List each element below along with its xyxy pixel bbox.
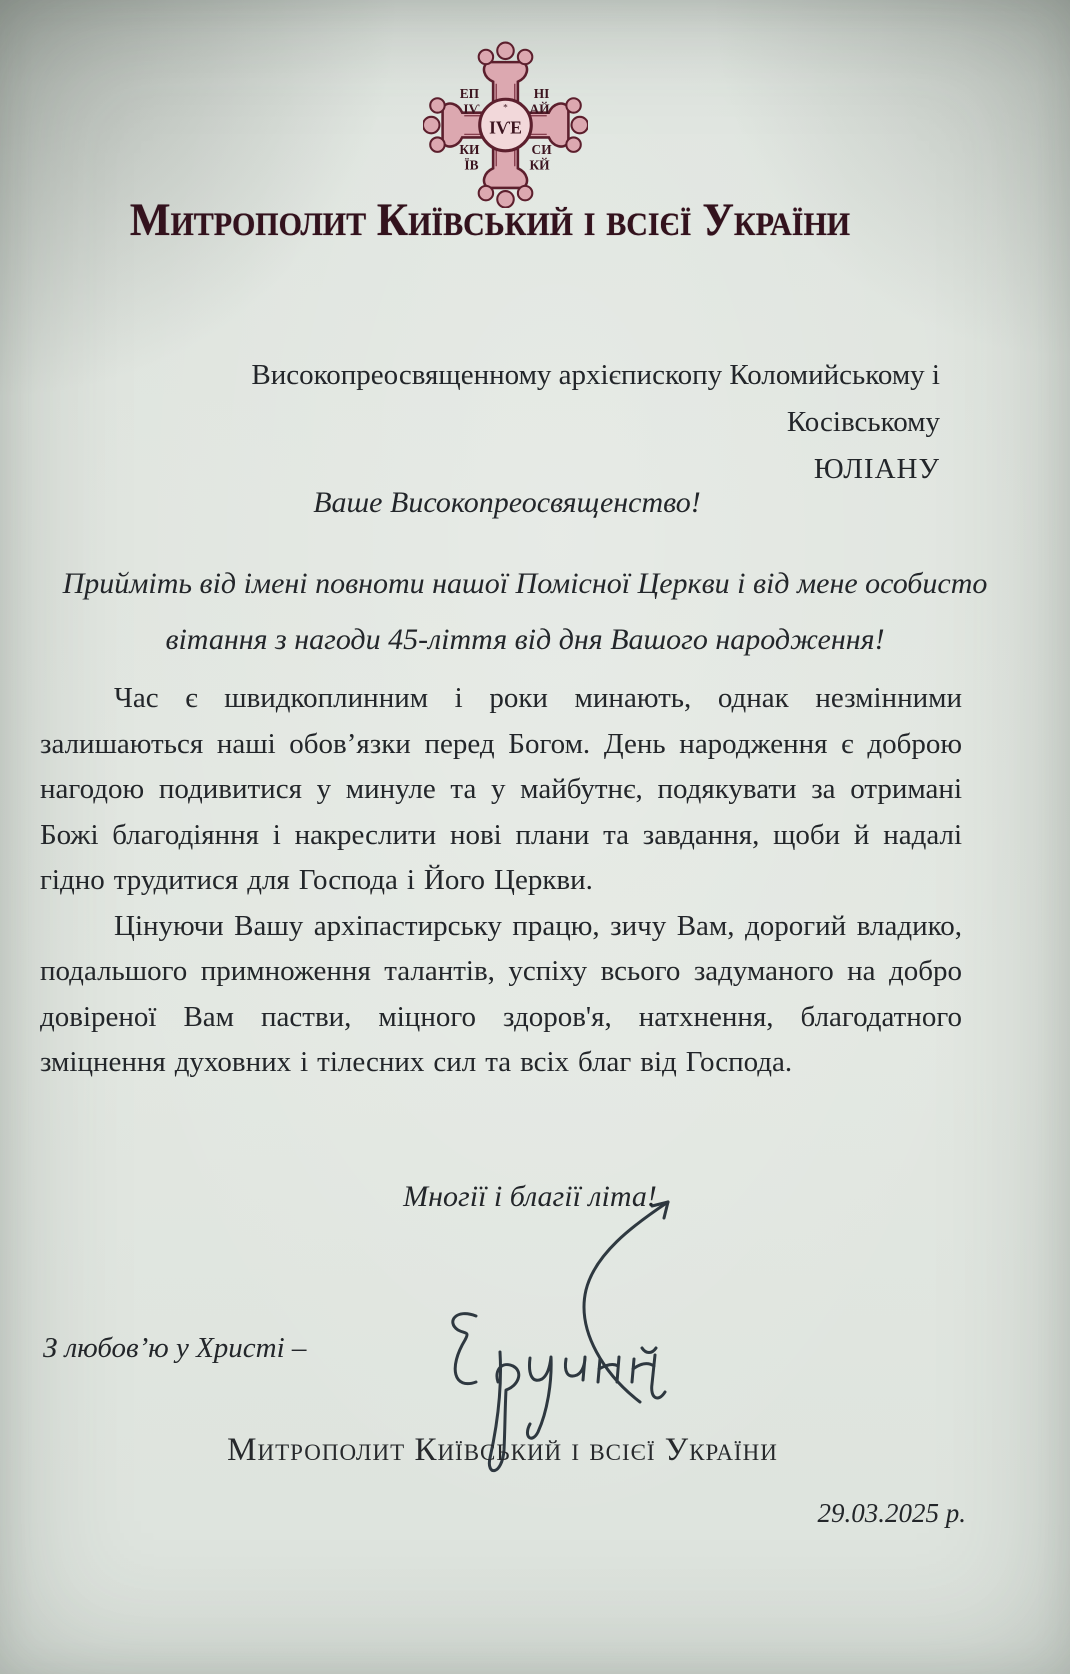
emblem-letters-tl1: ЕП	[460, 86, 480, 101]
emblem-center-star: *	[503, 104, 508, 114]
letterhead-title: Митрополит Київський і всієї України	[0, 194, 980, 247]
body-paragraph-1: Час є швидкоплинним і роки минають, одна…	[40, 676, 962, 904]
emblem-letters-tl2: ІѴ	[463, 102, 479, 117]
metropolitan-cross-emblem: ІѴЕ * ЕП ІѴ НІ АЙ КИ ЇВ СИ КЙ	[423, 40, 588, 208]
body-paragraph-2: Цінуючи Вашу архіпастирську працю, зичу …	[40, 904, 962, 1086]
salutation: Ваше Високопреосвященство!	[0, 486, 1014, 520]
emblem-letters-bl1: КИ	[459, 142, 480, 157]
emblem-letters-br1: СИ	[532, 142, 553, 157]
emblem-center-monogram: ІѴЕ	[489, 117, 522, 137]
greeting-block: Прийміть від імені повноти нашої Помісно…	[0, 556, 1050, 668]
emblem-letters-tr1: НІ	[534, 86, 550, 101]
emblem-letters-tr2: АЙ	[529, 102, 550, 117]
addressee-block: Високопреосвященному архієпископу Коломи…	[120, 352, 940, 493]
valediction: З любов’ю у Христі –	[43, 1332, 306, 1365]
greeting-line-2: вітання з нагоди 45-ліття від дня Вашого…	[0, 612, 1050, 668]
letter-page: ІѴЕ * ЕП ІѴ НІ АЙ КИ ЇВ СИ КЙ Митрополит…	[0, 0, 1070, 1674]
letter-date: 29.03.2025 р.	[818, 1498, 967, 1529]
addressee-line: Високопреосвященному архієпископу Коломи…	[120, 352, 940, 446]
emblem-letters-bl2: ЇВ	[464, 157, 478, 172]
signed-title: Митрополит Київський і всієї України	[0, 1432, 1005, 1469]
emblem-letters-br2: КЙ	[529, 157, 550, 172]
greeting-line-1: Прийміть від імені повноти нашої Помісно…	[0, 556, 1050, 612]
cross-emblem-graphic: ІѴЕ * ЕП ІѴ НІ АЙ КИ ЇВ СИ КЙ	[423, 40, 588, 208]
letter-body: Час є швидкоплинним і роки минають, одна…	[40, 676, 962, 1086]
